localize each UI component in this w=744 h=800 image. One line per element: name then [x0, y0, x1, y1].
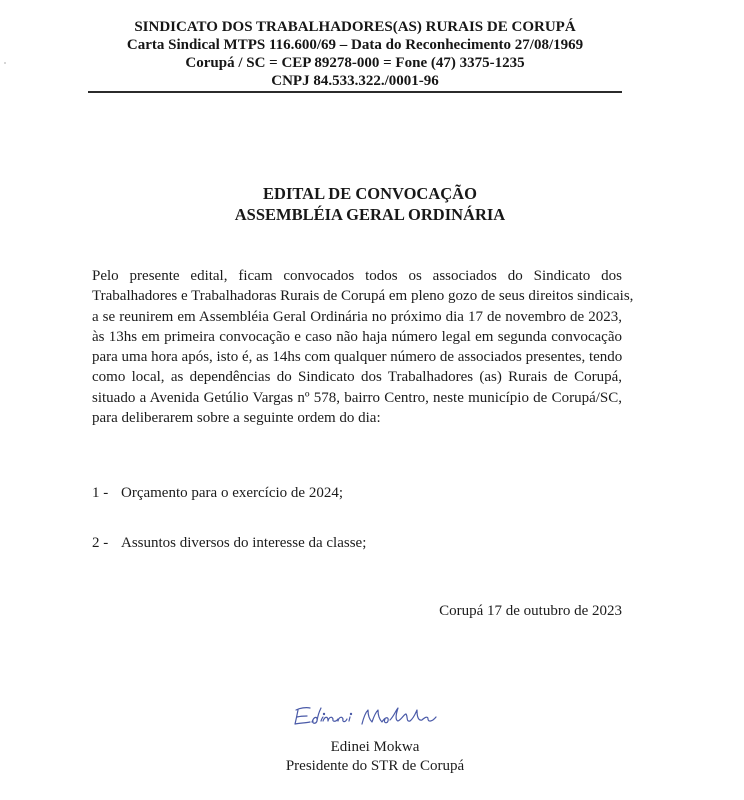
- title-line-2: ASSEMBLÉIA GERAL ORDINÁRIA: [160, 204, 580, 225]
- paragraph-line: Trabalhadores e Trabalhadoras Rurais de …: [92, 286, 622, 306]
- scan-speck: [4, 62, 6, 64]
- document-page: SINDICATO DOS TRABALHADORES(AS) RURAIS D…: [0, 0, 744, 800]
- agenda-item: 1 -Orçamento para o exercício de 2024;: [92, 484, 343, 502]
- paragraph-line: para uma hora após, isto é, as 14hs com …: [92, 347, 622, 367]
- paragraph-line: situado a Avenida Getúlio Vargas nº 578,…: [92, 388, 622, 408]
- union-cnpj: CNPJ 84.533.322./0001-96: [88, 72, 622, 90]
- agenda-text: Orçamento para o exercício de 2024;: [121, 485, 343, 501]
- union-name: SINDICATO DOS TRABALHADORES(AS) RURAIS D…: [88, 18, 622, 36]
- signer-block: Edinei Mokwa Presidente do STR de Corupá: [250, 738, 500, 776]
- agenda-text: Assuntos diversos do interesse da classe…: [121, 535, 366, 551]
- union-contact: Corupá / SC = CEP 89278-000 = Fone (47) …: [88, 54, 622, 72]
- document-title: EDITAL DE CONVOCAÇÃO ASSEMBLÉIA GERAL OR…: [160, 183, 580, 225]
- paragraph-line: Pelo presente edital, ficam convocados t…: [92, 266, 622, 286]
- handwritten-signature: [290, 704, 490, 730]
- paragraph-line: para deliberarem sobre a seguinte ordem …: [92, 408, 622, 428]
- union-charter: Carta Sindical MTPS 116.600/69 – Data do…: [88, 36, 622, 54]
- letterhead: SINDICATO DOS TRABALHADORES(AS) RURAIS D…: [88, 18, 622, 90]
- paragraph-line: como local, as dependências do Sindicato…: [92, 367, 622, 387]
- agenda-number: 1 -: [92, 484, 121, 502]
- agenda-number: 2 -: [92, 534, 121, 552]
- paragraph-line: a se reunirem em Assembléia Geral Ordiná…: [92, 307, 622, 327]
- title-line-1: EDITAL DE CONVOCAÇÃO: [160, 183, 580, 204]
- header-divider: [88, 91, 622, 93]
- signer-role: Presidente do STR de Corupá: [250, 757, 500, 776]
- signer-name: Edinei Mokwa: [250, 738, 500, 757]
- place-and-date: Corupá 17 de outubro de 2023: [439, 602, 622, 620]
- paragraph-line: às 13hs em primeira convocação e caso nã…: [92, 327, 622, 347]
- agenda-item: 2 -Assuntos diversos do interesse da cla…: [92, 534, 366, 552]
- convocation-paragraph: Pelo presente edital, ficam convocados t…: [92, 266, 622, 428]
